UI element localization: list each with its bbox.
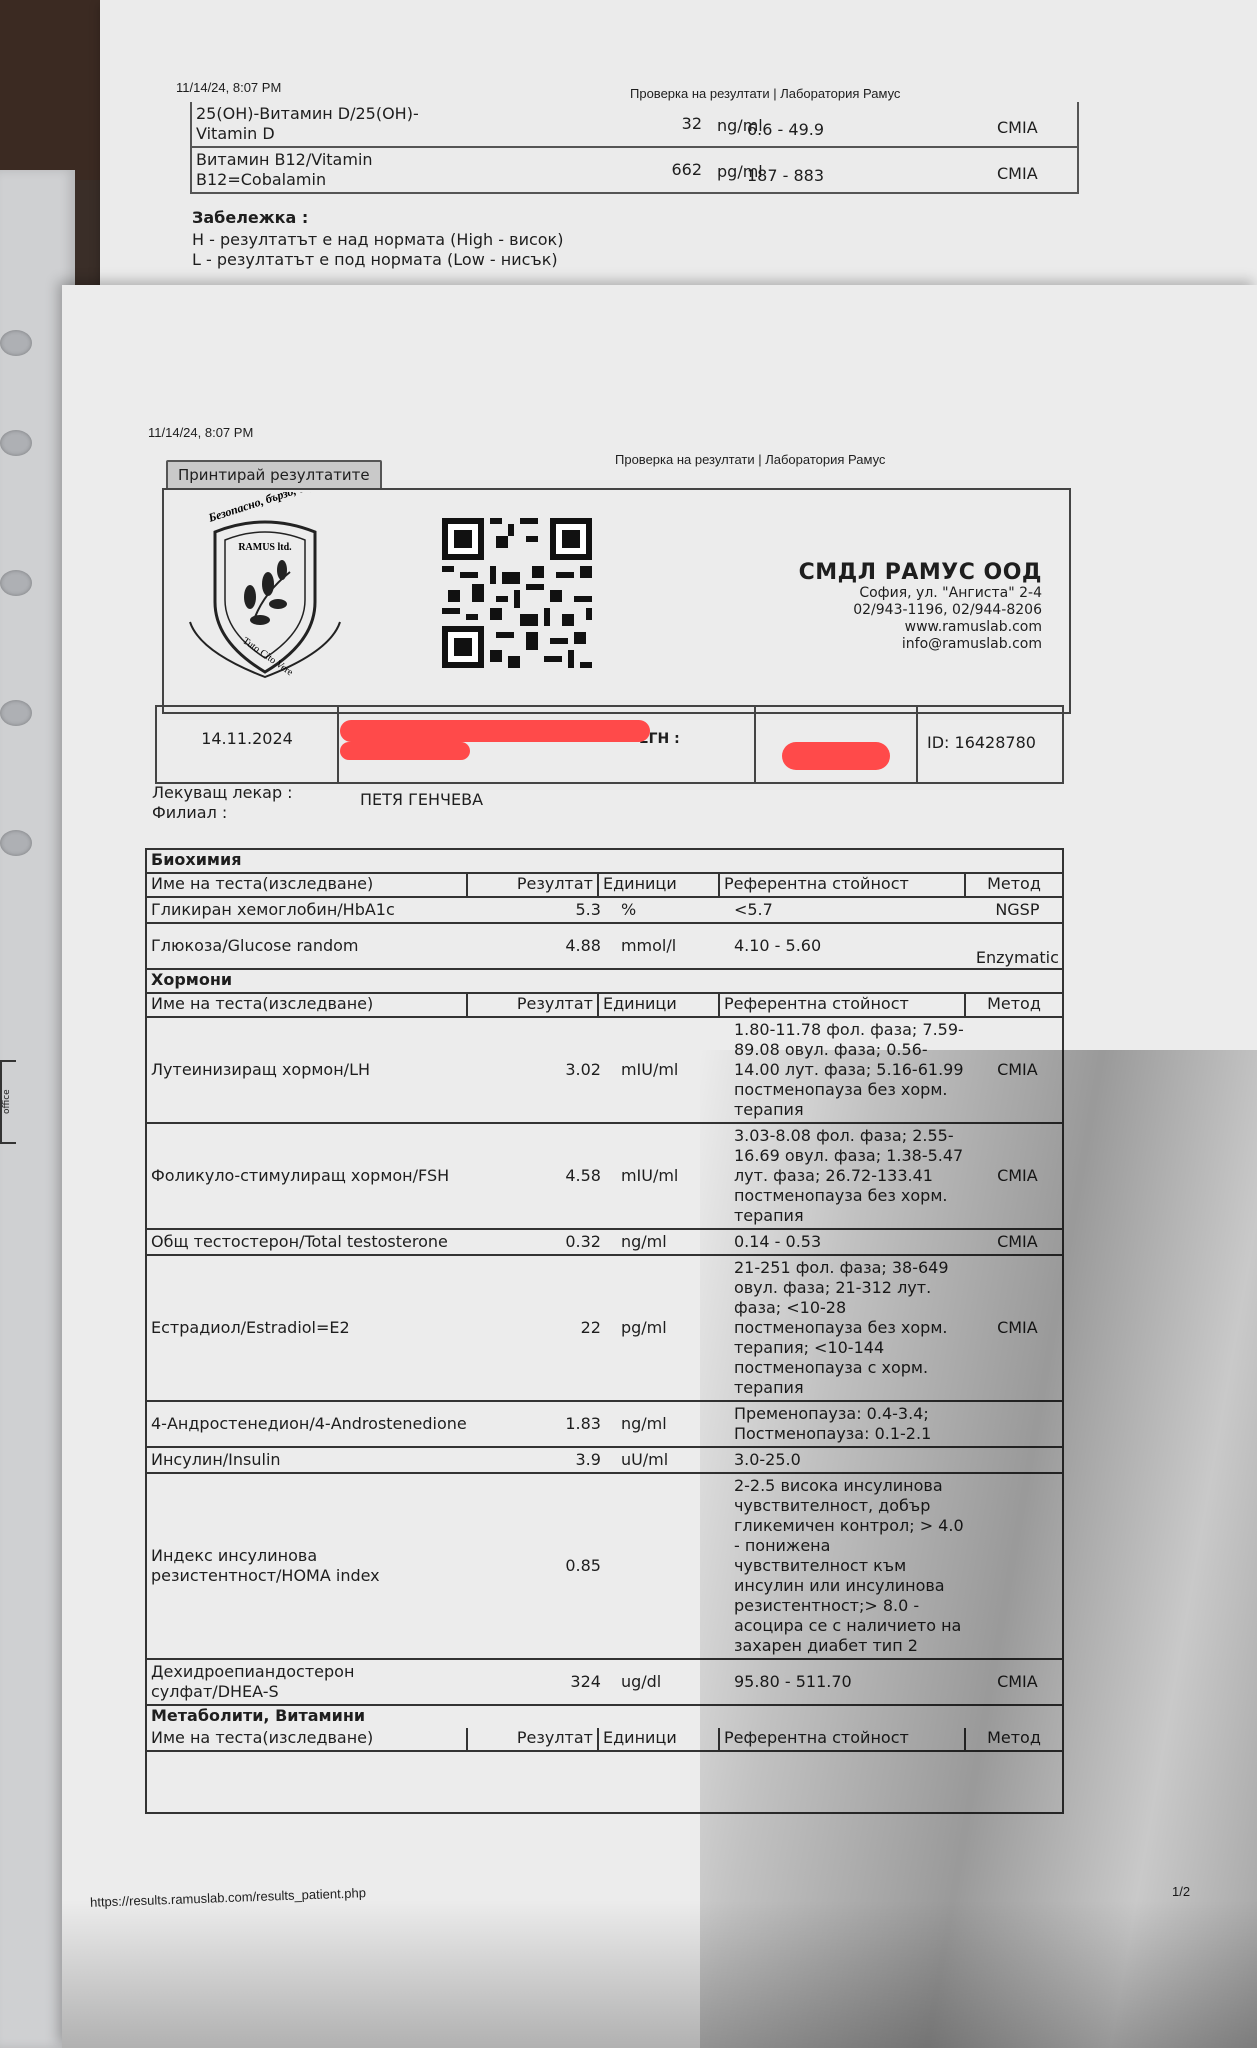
lab-address: София, ул. "Ангиста" 2-4 [799, 585, 1042, 602]
test-unit: mIU/ml [611, 1060, 730, 1080]
col-name: Име на теста(изследване) [147, 994, 468, 1016]
front-page-title: Проверка на резултати | Лаборатория Раму… [615, 452, 885, 467]
background-surface [0, 0, 110, 180]
test-result: 3.02 [472, 1060, 611, 1080]
test-reference: <5.7 [730, 898, 973, 922]
test-reference: 3.03-8.08 фол. фаза; 2.55-16.69 овул. фа… [730, 1124, 973, 1228]
test-method: CMIA [973, 1672, 1062, 1692]
punch-hole [0, 430, 32, 456]
doctor-name: ПЕТЯ ГЕНЧЕВА [360, 790, 483, 809]
patient-info-bar: 14.11.2024 ЕГН : ID: 16428780 [155, 705, 1064, 784]
col-method: Метод [966, 874, 1062, 896]
punch-hole [0, 570, 32, 596]
col-reference: Референтна стойност [720, 994, 966, 1016]
test-name: Дехидроепиандостерон сулфат/DHEA-S [147, 1660, 472, 1704]
redaction-mark [340, 742, 470, 760]
table-row: Гликиран хемоглобин/HbA1c 5.3 % <5.7 NGS… [147, 898, 1062, 924]
test-result: 3.9 [472, 1450, 611, 1470]
test-name: Естрадиол/Estradiol=E2 [147, 1316, 472, 1340]
test-unit: uU/ml [611, 1450, 730, 1470]
results-table: Биохимия Име на теста(изследване) Резулт… [145, 848, 1064, 1814]
report-date: 14.11.2024 [157, 729, 337, 748]
test-name: Витамин B12/Vitamin B12=Cobalamin [196, 150, 456, 190]
test-reference: Пременопауза: 0.4-3.4; Постменопауза: 0.… [730, 1402, 973, 1446]
front-page-timestamp: 11/14/24, 8:07 PM [148, 425, 253, 440]
col-method: Метод [966, 1728, 1062, 1750]
note-line-low: L - резултатът е под нормата (Low - нисъ… [192, 250, 558, 270]
table-row: Естрадиол/Estradiol=E2 22 pg/ml 21-251 ф… [147, 1256, 1062, 1402]
date-cell: 14.11.2024 [157, 707, 339, 782]
ramus-logo-icon: RAMUS ltd. Безопасно, бързо, вярно! Tuto… [170, 492, 360, 682]
test-reference: 21-251 фол. фаза; 38-649 овул. фаза; 21-… [730, 1256, 973, 1400]
col-method: Метод [966, 994, 1062, 1016]
back-page-title: Проверка на резултати | Лаборатория Раму… [630, 86, 900, 101]
test-unit: mmol/l [611, 936, 730, 956]
svg-text:Безопасно, бързо, вярно!: Безопасно, бързо, вярно! [206, 492, 334, 525]
test-reference: 187 - 883 [747, 166, 824, 186]
note-line-high: H - резултатът е над нормата (High - вис… [192, 230, 563, 250]
test-method: Enzymatic [973, 948, 1062, 968]
test-name: Общ тестостерон/Total testosterone [147, 1230, 472, 1254]
test-unit: % [611, 900, 730, 920]
test-reference: 1.80-11.78 фол. фаза; 7.59-89.08 овул. ф… [730, 1018, 973, 1122]
test-method: CMIA [973, 1166, 1062, 1186]
test-name: 4-Андростенедион/4-Androstenedione [147, 1412, 472, 1436]
col-unit: Единици [599, 874, 720, 896]
column-headers: Име на теста(изследване) Резултат Единиц… [147, 994, 1062, 1018]
test-reference: 2-2.5 висока инсулинова чувствителност, … [730, 1474, 973, 1658]
test-unit: ng/ml [611, 1232, 730, 1252]
section-title: Биохимия [147, 850, 1062, 874]
back-results-table: 25(OH)-Витамин D/25(OH)-Vitamin D 32 ng/… [190, 102, 1079, 194]
test-unit: ng/ml [611, 1414, 730, 1434]
table-row: Индекс инсулинова резистентност/HOMA ind… [147, 1474, 1062, 1660]
col-result: Резултат [468, 994, 599, 1016]
page-number: 1/2 [1172, 1884, 1190, 1899]
qr-code [442, 518, 592, 668]
test-name: Глюкоза/Glucose random [147, 934, 472, 958]
table-row: Общ тестостерон/Total testosterone 0.32 … [147, 1230, 1062, 1256]
print-results-button[interactable]: Принтирай резултатите [166, 460, 382, 490]
svg-text:RAMUS ltd.: RAMUS ltd. [238, 542, 292, 553]
punch-hole [0, 830, 32, 856]
lab-phones: 02/943-1196, 02/944-8206 [799, 602, 1042, 619]
lab-name: СМДЛ РАМУС ООД [799, 560, 1042, 585]
back-page-timestamp: 11/14/24, 8:07 PM [176, 80, 281, 95]
col-name: Име на теста(изследване) [147, 1728, 468, 1750]
table-row: Лутеинизиращ хормон/LH 3.02 mIU/ml 1.80-… [147, 1018, 1062, 1124]
punch-hole [0, 330, 32, 356]
test-reference: 0.14 - 0.53 [730, 1230, 973, 1254]
test-name: 25(OH)-Витамин D/25(OH)-Vitamin D [196, 104, 456, 144]
test-result: 0.32 [472, 1232, 611, 1252]
col-unit: Единици [599, 1728, 720, 1750]
test-method: CMIA [973, 1318, 1062, 1338]
col-result: Резултат [468, 874, 599, 896]
test-unit: mIU/ml [611, 1166, 730, 1186]
test-result: 0.85 [472, 1556, 611, 1576]
test-name: Фоликуло-стимулиращ хормон/FSH [147, 1164, 472, 1188]
test-result: 324 [472, 1672, 611, 1692]
section-title: Хормони [147, 970, 1062, 994]
test-method: CMIA [973, 1060, 1062, 1080]
col-name: Име на теста(изследване) [147, 874, 468, 896]
test-reference: 6.6 - 49.9 [747, 120, 824, 140]
col-result: Резултат [468, 1728, 599, 1750]
lab-email[interactable]: info@ramuslab.com [799, 636, 1042, 653]
col-unit: Единици [599, 994, 720, 1016]
column-headers: Име на теста(изследване) Резултат Единиц… [147, 874, 1062, 898]
note-title: Забележка : [192, 208, 308, 228]
test-name: Лутеинизиращ хормон/LH [147, 1058, 472, 1082]
punch-hole [0, 700, 32, 726]
col-reference: Референтна стойност [720, 874, 966, 896]
test-result: 4.58 [472, 1166, 611, 1186]
col-reference: Референтна стойност [720, 1728, 966, 1750]
branch-label: Филиал : [152, 803, 227, 822]
test-method: CMIA [973, 1232, 1062, 1252]
test-reference: 3.0-25.0 [730, 1448, 973, 1472]
test-result: 662 [642, 160, 702, 180]
test-method: CMIA [997, 118, 1038, 138]
test-name: Гликиран хемоглобин/HbA1c [147, 898, 472, 922]
test-reference: 95.80 - 511.70 [730, 1670, 973, 1694]
test-method: NGSP [973, 900, 1062, 920]
test-method: CMIA [997, 164, 1038, 184]
test-result: 32 [642, 114, 702, 134]
table-row: Инсулин/Insulin 3.9 uU/ml 3.0-25.0 [147, 1448, 1062, 1474]
test-result: 1.83 [472, 1414, 611, 1434]
table-row: 25(OH)-Витамин D/25(OH)-Vitamin D 32 ng/… [192, 102, 1077, 148]
test-reference: 4.10 - 5.60 [730, 934, 973, 958]
patient-id: ID: 16428780 [927, 733, 1036, 752]
column-headers: Име на теста(изследване) Резултат Единиц… [147, 1728, 1062, 1752]
test-unit: ug/dl [611, 1672, 730, 1692]
binder-label: office [0, 1060, 16, 1144]
test-unit: pg/ml [611, 1318, 730, 1338]
table-continuation [147, 1752, 1062, 1812]
test-result: 5.3 [472, 900, 611, 920]
test-result: 4.88 [472, 936, 611, 956]
table-row: Глюкоза/Glucose random 4.88 mmol/l 4.10 … [147, 924, 1062, 970]
test-result: 22 [472, 1318, 611, 1338]
section-title: Метаболити, Витамини [147, 1706, 1062, 1728]
test-name: Индекс инсулинова резистентност/HOMA ind… [147, 1544, 472, 1588]
table-row: Дехидроепиандостерон сулфат/DHEA-S 324 u… [147, 1660, 1062, 1706]
redaction-mark [340, 720, 650, 742]
table-row: Витамин B12/Vitamin B12=Cobalamin 662 pg… [192, 148, 1077, 192]
table-row: 4-Андростенедион/4-Androstenedione 1.83 … [147, 1402, 1062, 1448]
test-name: Инсулин/Insulin [147, 1448, 472, 1472]
doctor-label: Лекуващ лекар : [152, 783, 293, 802]
redaction-mark [782, 742, 890, 770]
lab-website[interactable]: www.ramuslab.com [799, 619, 1042, 636]
lab-contact-block: СМДЛ РАМУС ООД София, ул. "Ангиста" 2-4 … [799, 560, 1042, 653]
table-row: Фоликуло-стимулиращ хормон/FSH 4.58 mIU/… [147, 1124, 1062, 1230]
